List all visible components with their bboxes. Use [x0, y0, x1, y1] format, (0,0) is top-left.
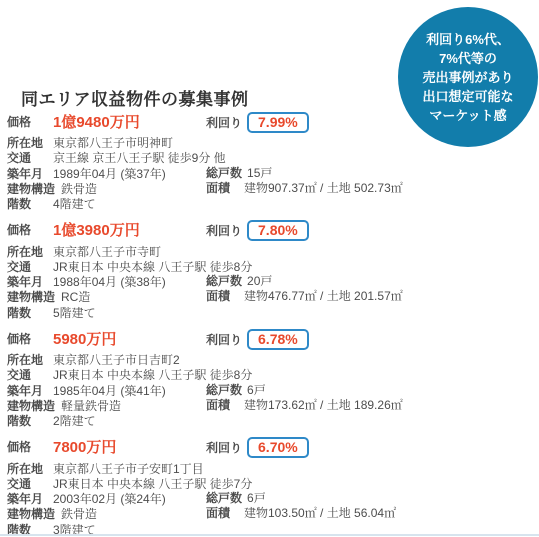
area-label: 面積: [206, 504, 239, 521]
yield-value-badge: 7.99%: [247, 112, 309, 133]
yield-label: 利回り: [206, 222, 242, 239]
price-label: 価格: [7, 113, 47, 130]
yield-row: 利回り 7.99%: [206, 110, 309, 134]
area-row: 面積 建物476.77㎡ / 土地 201.57㎡: [206, 288, 403, 303]
property-listing-3: 価格 5980万円 所在地 東京都八王子市日吉町2 交通 JR東日本 中央本線 …: [7, 327, 535, 428]
area-row: 面積 建物103.50㎡ / 土地 56.04㎡: [206, 505, 396, 520]
location-row: 所在地 東京都八王子市日吉町2: [7, 351, 535, 366]
access-row: 交通 京王線 京王八王子駅 徒歩9分 他: [7, 149, 535, 164]
yield-row: 利回り 6.78%: [206, 327, 309, 351]
yield-value-badge: 7.80%: [247, 220, 309, 241]
area-value: 建物907.37㎡ / 土地 502.73㎡: [244, 179, 403, 196]
units-row: 総戸数 15戸: [206, 165, 272, 180]
floors-label: 階数: [7, 304, 47, 321]
floors-row: 階数 2階建て: [7, 412, 535, 427]
floors-value: 2階建て: [53, 412, 96, 429]
yield-value-badge: 6.70%: [247, 437, 309, 458]
location-row: 所在地 東京都八王子市子安町1丁目: [7, 460, 535, 475]
badge-text-line: 利回り6%代、: [426, 30, 510, 49]
floors-value: 5階建て: [53, 304, 96, 321]
yield-row: 利回り 7.80%: [206, 219, 309, 243]
price-value: 1億3980万円: [53, 219, 140, 240]
yield-label: 利回り: [206, 114, 242, 131]
area-label: 面積: [206, 396, 239, 413]
units-row: 総戸数 20戸: [206, 273, 272, 288]
price-value: 1億9480万円: [53, 111, 140, 132]
floors-value: 4階建て: [53, 195, 96, 212]
built-row: 築年月 1985年04月 (築41年): [7, 382, 535, 397]
property-listing-4: 価格 7800万円 所在地 東京都八王子市子安町1丁目 交通 JR東日本 中央本…: [7, 436, 535, 537]
floors-row: 階数 5階建て: [7, 304, 535, 319]
price-label: 価格: [7, 221, 47, 238]
access-row: 交通 JR東日本 中央本線 八王子駅 徒歩8分: [7, 366, 535, 381]
units-row: 総戸数 6戸: [206, 382, 266, 397]
floors-label: 階数: [7, 412, 47, 429]
units-row: 総戸数 6戸: [206, 490, 266, 505]
listings-container: 価格 1億9480万円 所在地 東京都八王子市明神町 交通 京王線 京王八王子駅…: [7, 110, 535, 537]
yield-label: 利回り: [206, 439, 242, 456]
floors-row: 階数 4階建て: [7, 195, 535, 210]
access-row: 交通 JR東日本 中央本線 八王子駅 徒歩8分: [7, 258, 535, 273]
location-row: 所在地 東京都八王子市明神町: [7, 134, 535, 149]
yield-label: 利回り: [206, 331, 242, 348]
access-row: 交通 JR東日本 中央本線 八王子駅 徒歩7分: [7, 475, 535, 490]
built-row: 築年月 2003年02月 (築24年): [7, 490, 535, 505]
area-row: 面積 建物173.62㎡ / 土地 189.26㎡: [206, 397, 403, 412]
property-listing-1: 価格 1億9480万円 所在地 東京都八王子市明神町 交通 京王線 京王八王子駅…: [7, 110, 535, 211]
page-title: 同エリア収益物件の募集事例: [21, 85, 249, 110]
badge-text-line: 7%代等の: [439, 49, 497, 68]
badge-text-line: 売出事例があり: [422, 68, 513, 87]
price-value: 5980万円: [53, 328, 116, 349]
price-value: 7800万円: [53, 436, 116, 457]
yield-value-badge: 6.78%: [247, 329, 309, 350]
price-label: 価格: [7, 438, 47, 455]
property-listing-2: 価格 1億3980万円 所在地 東京都八王子市寺町 交通 JR東日本 中央本線 …: [7, 219, 535, 320]
area-value: 建物173.62㎡ / 土地 189.26㎡: [244, 396, 403, 413]
area-label: 面積: [206, 287, 239, 304]
page: 利回り6%代、 7%代等の 売出事例があり 出口想定可能な マーケット感 同エリ…: [0, 0, 539, 537]
price-label: 価格: [7, 330, 47, 347]
area-row: 面積 建物907.37㎡ / 土地 502.73㎡: [206, 180, 403, 195]
area-label: 面積: [206, 179, 239, 196]
location-row: 所在地 東京都八王子市寺町: [7, 243, 535, 258]
area-value: 建物103.50㎡ / 土地 56.04㎡: [244, 504, 396, 521]
area-value: 建物476.77㎡ / 土地 201.57㎡: [244, 287, 403, 304]
badge-text-line: 出口想定可能な: [422, 87, 513, 106]
yield-row: 利回り 6.70%: [206, 436, 309, 460]
section-divider: [0, 534, 539, 536]
floors-label: 階数: [7, 195, 47, 212]
